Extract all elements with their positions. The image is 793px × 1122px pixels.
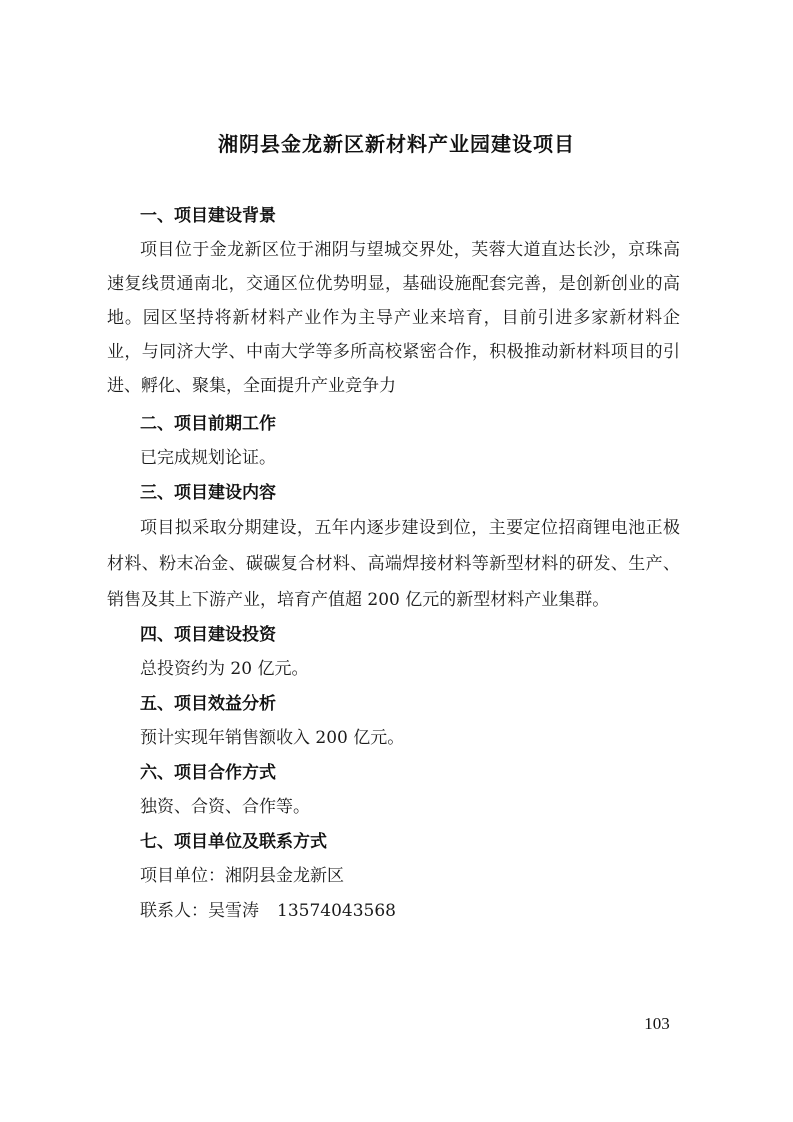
document-title: 湘阴县金龙新区新材料产业园建设项目 [0,129,793,159]
section-heading-benefit-analysis: 五、项目效益分析 [107,687,680,721]
section-paragraph-construction-content: 项目拟采取分期建设，五年内逐步建设到位，主要定位招商锂电池正极材料、粉末冶金、碳… [107,510,680,618]
section-heading-construction-content: 三、项目建设内容 [107,476,680,510]
section-line-benefit-analysis: 预计实现年销售额收入 200 亿元。 [107,721,680,756]
contact-person: 联系人：吴雪涛 [140,901,259,921]
section-line-cooperation-mode: 独资、合资、合作等。 [107,790,680,825]
section-line-investment: 总投资约为 20 亿元。 [107,652,680,687]
contact-phone: 13574043568 [277,901,396,921]
document-page: 湘阴县金龙新区新材料产业园建设项目 一、项目建设背景 项目位于金龙新区位于湘阴与… [0,0,793,1122]
page-number: 103 [632,1012,682,1036]
section-heading-preliminary-work: 二、项目前期工作 [107,407,680,441]
section-heading-cooperation-mode: 六、项目合作方式 [107,756,680,790]
section-heading-background: 一、项目建设背景 [107,199,680,233]
section-paragraph-background: 项目位于金龙新区位于湘阴与望城交界处，芙蓉大道直达长沙，京珠高速复线贯通南北，交… [107,233,680,403]
project-unit-line: 项目单位：湘阴县金龙新区 [107,859,680,894]
section-line-preliminary-work: 已完成规划论证。 [107,441,680,476]
section-heading-contact: 七、项目单位及联系方式 [107,825,680,859]
section-heading-investment: 四、项目建设投资 [107,618,680,652]
document-body: 一、项目建设背景 项目位于金龙新区位于湘阴与望城交界处，芙蓉大道直达长沙，京珠高… [107,199,680,929]
contact-person-line: 联系人：吴雪涛13574043568 [107,894,680,929]
